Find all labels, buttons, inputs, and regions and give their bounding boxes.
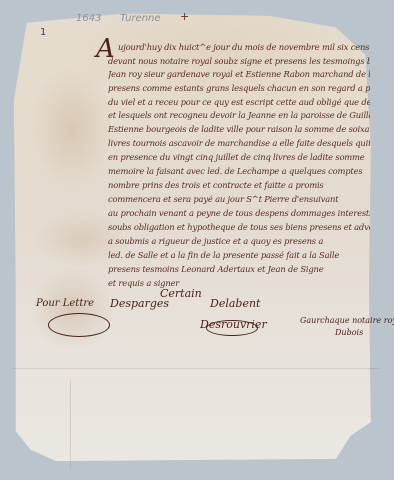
signature-flourish <box>206 320 258 336</box>
text-line: en presence du vingt cinq juillet de cin… <box>108 152 370 166</box>
signature: Delabent <box>210 297 260 310</box>
text-line: soubs obligation et hypotheque de tous s… <box>108 222 370 236</box>
text-line: led. de Salle et a la fin de la presente… <box>108 250 370 264</box>
text-line: devant nous notaire royal soubz signe et… <box>108 56 370 70</box>
closing-line: et requis a signer <box>108 278 370 292</box>
margin-note: Pour Lettre <box>36 298 94 309</box>
signature: Desparges <box>110 297 169 310</box>
place-annotation: Turenne <box>120 13 161 24</box>
text-line: Estienne bourgeois de ladite ville pour … <box>108 124 370 138</box>
text-line: presens tesmoins Leonard Adertaux et Jea… <box>108 264 370 278</box>
text-line: memoire la faisant avec led. de Lechampe… <box>108 166 370 180</box>
text-line: et lesquels ont recogneu devoir la Jeann… <box>108 110 370 124</box>
fold-line-horizontal <box>12 368 380 369</box>
signature: Gaurchaque notaire royal <box>300 316 394 325</box>
text-line: presens comme estants grans lesquels cha… <box>108 83 370 97</box>
text-line: a soubmis a rigueur de justice et a quoy… <box>108 236 370 250</box>
cross-mark: + <box>180 10 189 23</box>
text-line: Jean roy sieur gardenave royal et Estien… <box>108 69 370 83</box>
text-line: nombre prins des trois et contracte et f… <box>108 180 370 194</box>
text-line: au prochain venant a peyne de tous despe… <box>108 208 370 222</box>
text-line: commencera et sera payé au jour S^t Pier… <box>108 194 370 208</box>
text-line: du viel et a receu pour ce quy est escri… <box>108 97 370 111</box>
year-annotation: 1643 <box>76 13 101 24</box>
text-line: livres tournois ascavoir de marchandise … <box>108 138 370 152</box>
signature: Dubois <box>335 328 363 337</box>
folio-number: 1 <box>40 27 46 38</box>
text-line: ujourd'huy dix huict^e jour du mois de n… <box>118 42 370 56</box>
fold-line-vertical <box>70 380 71 468</box>
signature-flourish <box>48 313 110 337</box>
